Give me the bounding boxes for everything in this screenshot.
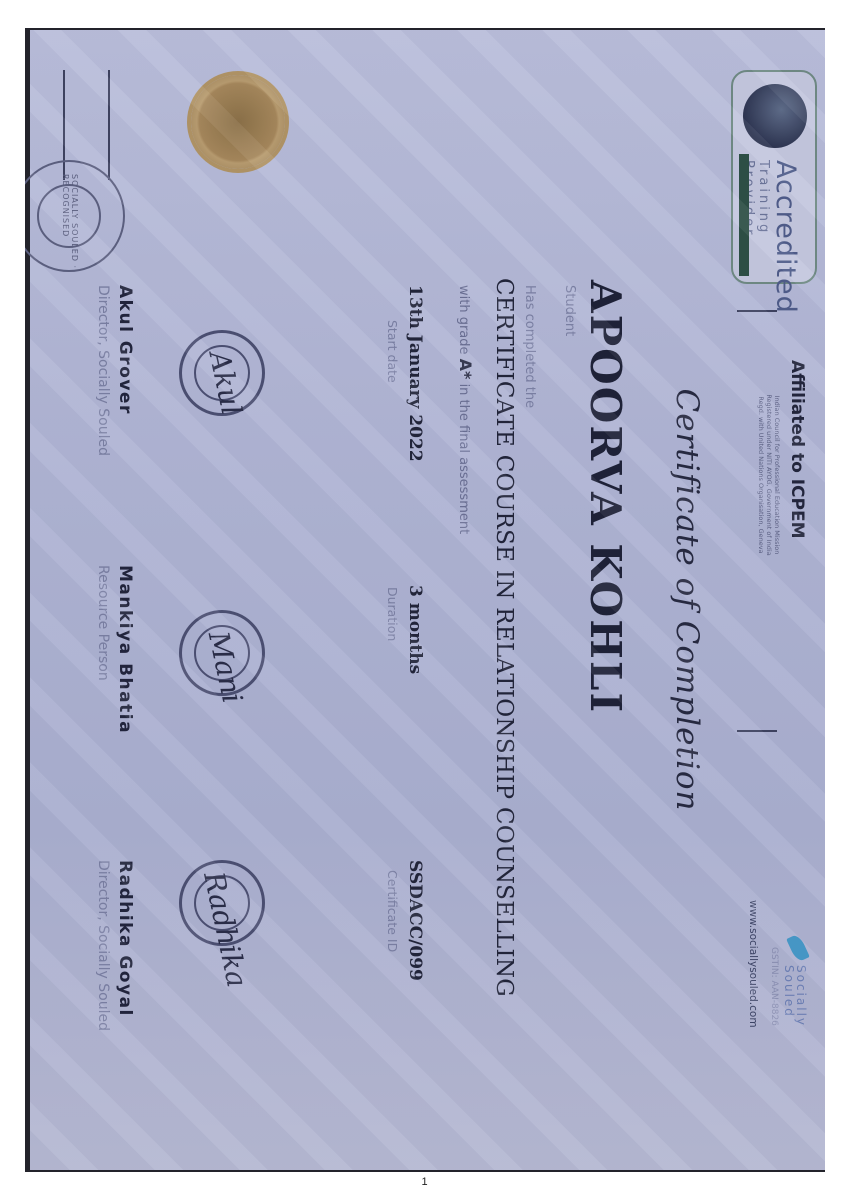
website-url: www.sociallysouled.com	[747, 900, 759, 1028]
signature-stamp: Mani	[179, 610, 265, 696]
signatory-role: Director, Socially Souled	[95, 285, 111, 456]
bird-icon	[786, 933, 810, 962]
signatory-name: Radhika Goyal	[115, 860, 135, 1017]
grade-line: with grade A* in the final assessment	[456, 285, 475, 534]
brand-name-line: Souled	[783, 965, 795, 1027]
signatory-name: Mankiya Bhatia	[115, 565, 135, 734]
start-date-label: Start date	[385, 320, 400, 383]
affiliation-line: Indian Council for Professional Educatio…	[773, 330, 781, 620]
logo-accredited: Accredited	[770, 160, 801, 314]
signatory-name: Akul Grover	[115, 285, 135, 415]
certificate-sheet: Accredited Training Provider Affiliated …	[30, 30, 825, 1170]
gold-seal-icon	[191, 75, 285, 169]
duration-label: Duration	[385, 587, 400, 641]
student-name: APOORVA KOHLI	[581, 280, 630, 714]
divider	[737, 310, 777, 312]
stamp-text: SOCIALLY SOULED · RECOGNISED	[61, 174, 79, 270]
affiliation-line: Registered under NITI AYOG, Government o…	[765, 330, 773, 620]
start-date-value: 13th January 2022	[405, 285, 425, 462]
signatory-role: Director, Socially Souled	[95, 860, 111, 1031]
grade-value: A*	[456, 359, 475, 380]
signature: Mani	[202, 628, 249, 706]
gstin: GSTIN: AAN-8826	[769, 947, 779, 1026]
signatory-role: Resource Person	[95, 565, 111, 681]
divider	[737, 730, 777, 732]
page-number: 1	[0, 1176, 849, 1188]
signature-stamp: Akul	[179, 330, 265, 416]
signature: Akul	[203, 348, 249, 418]
signature: Radhika	[197, 869, 254, 990]
affiliation-title: Affiliated to ICPEM	[787, 360, 807, 539]
logo-bar	[739, 154, 749, 276]
certificate-id-value: SSDACC/099	[405, 860, 425, 981]
border-line	[108, 70, 110, 180]
grade-suffix: in the final assessment	[456, 384, 471, 535]
grade-prefix: with grade	[456, 285, 471, 355]
affiliation-line: Regd. with United Nations Organisation, …	[757, 330, 765, 620]
course-title: CERTIFICATE COURSE IN RELATIONSHIP COUNS…	[491, 278, 517, 997]
has-completed-label: Has completed the	[522, 285, 537, 408]
brand-name: Socially Souled	[783, 965, 807, 1027]
signature-stamp: Radhika	[179, 860, 265, 946]
duration-value: 3 months	[405, 585, 425, 674]
globe-icon	[743, 84, 807, 148]
certificate-id-label: Certificate ID	[385, 870, 400, 952]
brand-name-line: Socially	[795, 965, 807, 1027]
affiliation-details: Indian Council for Professional Educatio…	[757, 330, 781, 620]
student-label: Student	[562, 285, 577, 336]
recognised-stamp-icon: SOCIALLY SOULED · RECOGNISED	[25, 160, 125, 272]
accredited-training-provider-logo: Accredited Training Provider	[731, 70, 817, 284]
certificate-heading: Certificate of Completion	[669, 300, 705, 900]
certificate-photo: Accredited Training Provider Affiliated …	[25, 28, 825, 1172]
